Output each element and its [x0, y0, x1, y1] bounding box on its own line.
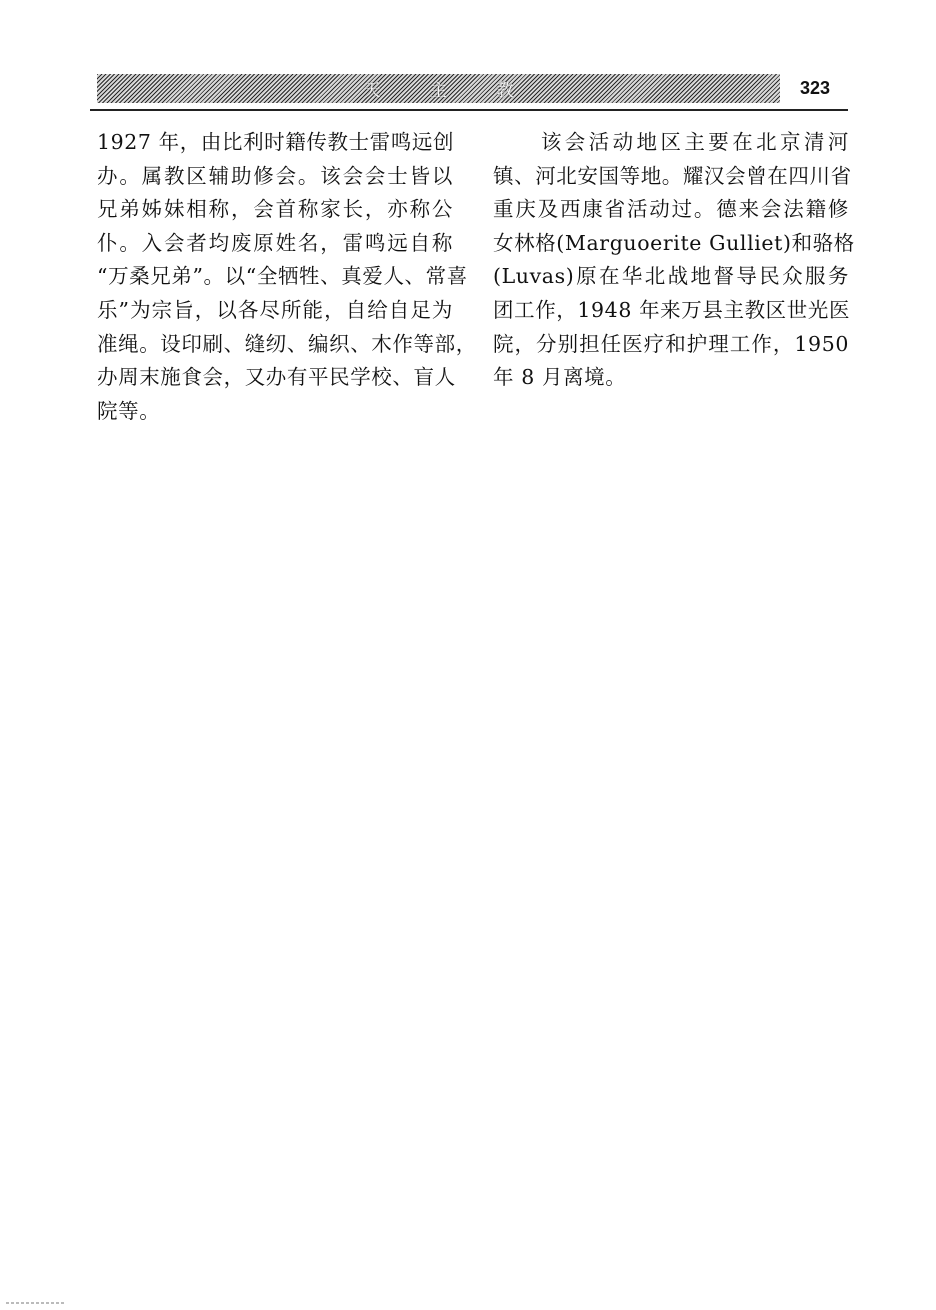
text-line: 院，分别担任医疗和护理工作，1950	[493, 328, 849, 362]
text-line: 兄弟姊妹相称，会首称家长，亦称公	[97, 193, 453, 227]
text-line: 办周末施食会，又办有平民学校、盲人	[97, 361, 453, 395]
text-line: 办。属教区辅助修会。该会会士皆以	[97, 160, 453, 194]
scan-artifact	[6, 1302, 66, 1304]
text-line: 重庆及西康省活动过。德来会法籍修	[493, 193, 849, 227]
text-line: 镇、河北安国等地。耀汉会曾在四川省	[493, 160, 849, 194]
text-line: 准绳。设印刷、缝纫、编织、木作等部，	[97, 328, 453, 362]
page-number: 323	[800, 78, 830, 99]
text-line: “万桑兄弟”。以“全牺牲、真爱人、常喜	[97, 260, 453, 294]
text-line: 仆。入会者均废原姓名，雷鸣远自称	[97, 227, 453, 261]
text-line: (Luvas)原在华北战地督导民众服务	[493, 260, 849, 294]
text-line: 女林格(Marguoerite Gulliet)和骆格	[493, 227, 849, 261]
header-rule	[90, 109, 848, 111]
text-line: 乐”为宗旨，以各尽所能，自给自足为	[97, 294, 453, 328]
text-line: 1927 年，由比利时籍传教士雷鸣远创	[97, 126, 453, 160]
text-line: 院等。	[97, 395, 453, 429]
text-line: 该会活动地区主要在北京清河	[493, 126, 849, 160]
text-column-right: 该会活动地区主要在北京清河 镇、河北安国等地。耀汉会曾在四川省 重庆及西康省活动…	[493, 126, 849, 395]
text-column-left: 1927 年，由比利时籍传教士雷鸣远创 办。属教区辅助修会。该会会士皆以 兄弟姊…	[97, 126, 453, 428]
section-title: 天 主 教	[342, 76, 536, 101]
text-line: 团工作，1948 年来万县主教区世光医	[493, 294, 849, 328]
text-line: 年 8 月离境。	[493, 361, 849, 395]
running-header-bar: 天 主 教	[97, 74, 780, 103]
